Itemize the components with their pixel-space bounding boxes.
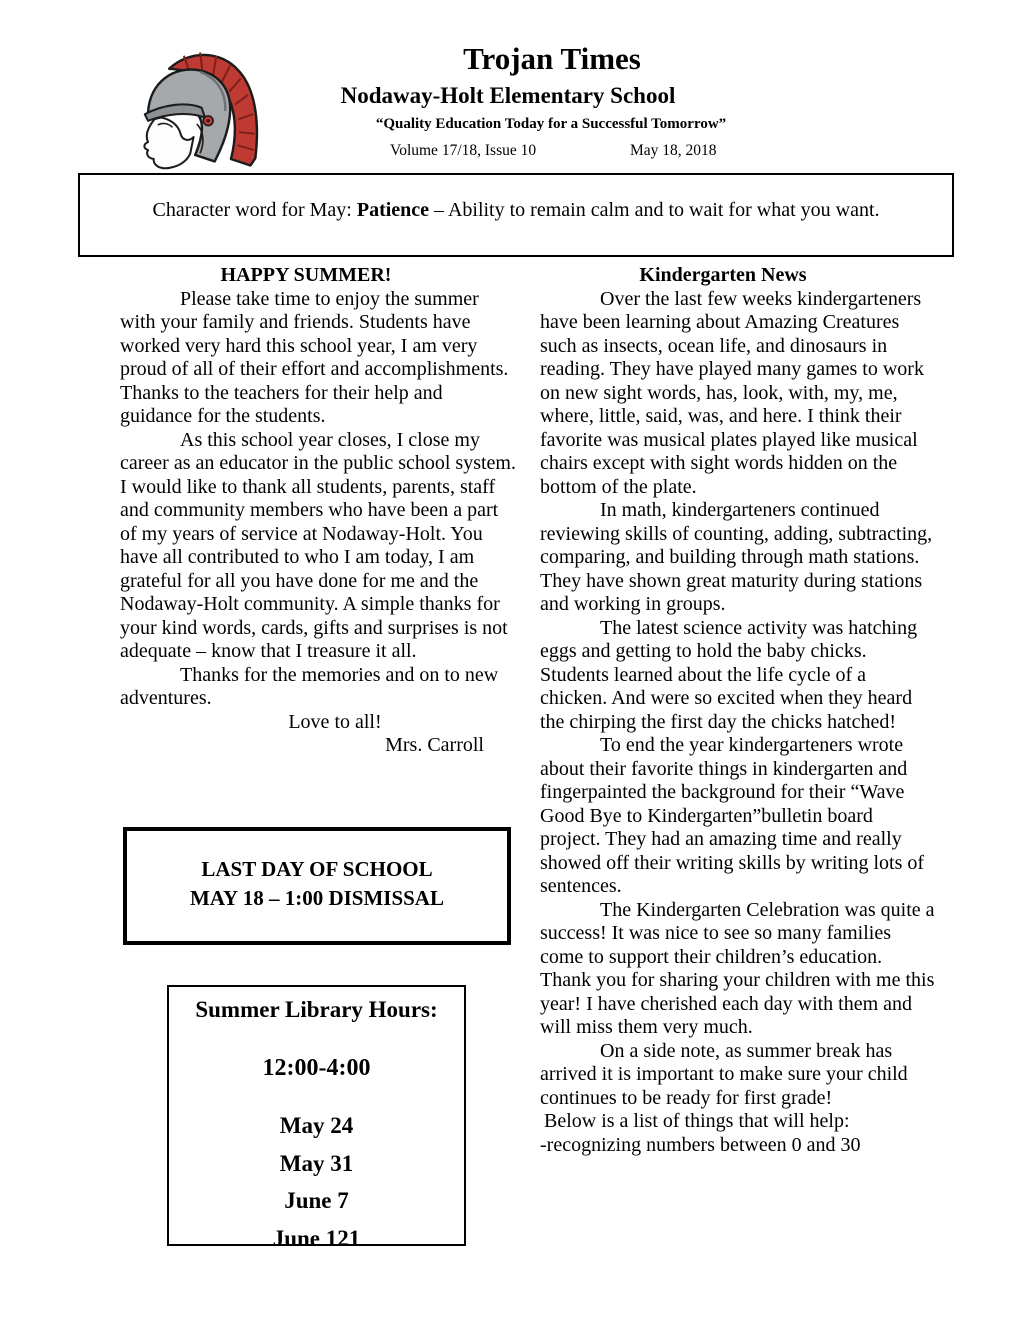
- header: Trojan Times Nodaway-Holt Elementary Sch…: [0, 38, 1020, 136]
- issue-date: May 18, 2018: [630, 142, 717, 160]
- article-paragraph: On a side note, as summer break has arri…: [540, 1040, 936, 1111]
- article-paragraph: The latest science activity was hatching…: [540, 617, 936, 735]
- article-paragraph: To end the year kindergarteners wrote ab…: [540, 734, 936, 899]
- library-date: May 31: [169, 1145, 464, 1183]
- library-hours-box: Summer Library Hours: 12:00-4:00 May 24 …: [167, 985, 466, 1246]
- library-date: June 7: [169, 1182, 464, 1220]
- character-word-prefix: Character word for May:: [152, 199, 356, 221]
- library-date: June 121: [169, 1220, 464, 1258]
- signoff-love: Love to all!: [120, 711, 516, 735]
- article-paragraph: Thanks for the memories and on to new ad…: [120, 664, 516, 711]
- last-day-box: LAST DAY OF SCHOOL MAY 18 – 1:00 DISMISS…: [123, 827, 511, 945]
- character-word: Patience: [357, 199, 429, 221]
- character-word-box: Character word for May: Patience – Abili…: [78, 173, 954, 257]
- newsletter-title: Trojan Times: [42, 38, 1020, 80]
- school-name: Nodaway-Holt Elementary School: [0, 80, 1018, 112]
- library-dates-list: May 24 May 31 June 7 June 121: [169, 1107, 464, 1257]
- last-day-line2: MAY 18 – 1:00 DISMISSAL: [127, 884, 507, 913]
- help-list-item: -recognizing numbers between 0 and 30: [540, 1134, 936, 1158]
- last-day-line1: LAST DAY OF SCHOOL: [127, 855, 507, 884]
- issue-info-row: Volume 17/18, Issue 10 May 18, 2018: [0, 142, 1020, 164]
- article-paragraph: As this school year closes, I close my c…: [120, 429, 516, 664]
- help-list-intro: Below is a list of things that will help…: [540, 1110, 936, 1134]
- happy-summer-heading: HAPPY SUMMER!: [108, 264, 504, 288]
- library-hours-time: 12:00-4:00: [169, 1053, 464, 1083]
- school-motto: “Quality Education Today for a Successfu…: [41, 112, 1020, 136]
- library-hours-heading: Summer Library Hours:: [169, 995, 464, 1025]
- character-word-definition: – Ability to remain calm and to wait for…: [429, 199, 879, 221]
- library-date: May 24: [169, 1107, 464, 1145]
- article-paragraph: In math, kindergarteners continued revie…: [540, 499, 936, 617]
- left-column: HAPPY SUMMER! Please take time to enjoy …: [120, 264, 516, 758]
- right-column: Kindergarten News Over the last few week…: [540, 264, 936, 1157]
- signoff-name: Mrs. Carroll: [120, 734, 516, 758]
- volume-issue: Volume 17/18, Issue 10: [390, 142, 536, 160]
- kindergarten-news-heading: Kindergarten News: [525, 264, 921, 288]
- newsletter-page: Trojan Times Nodaway-Holt Elementary Sch…: [0, 0, 1020, 1320]
- article-paragraph: Please take time to enjoy the summer wit…: [120, 288, 516, 429]
- article-paragraph: Over the last few weeks kindergarteners …: [540, 288, 936, 500]
- article-paragraph: The Kindergarten Celebration was quite a…: [540, 899, 936, 1040]
